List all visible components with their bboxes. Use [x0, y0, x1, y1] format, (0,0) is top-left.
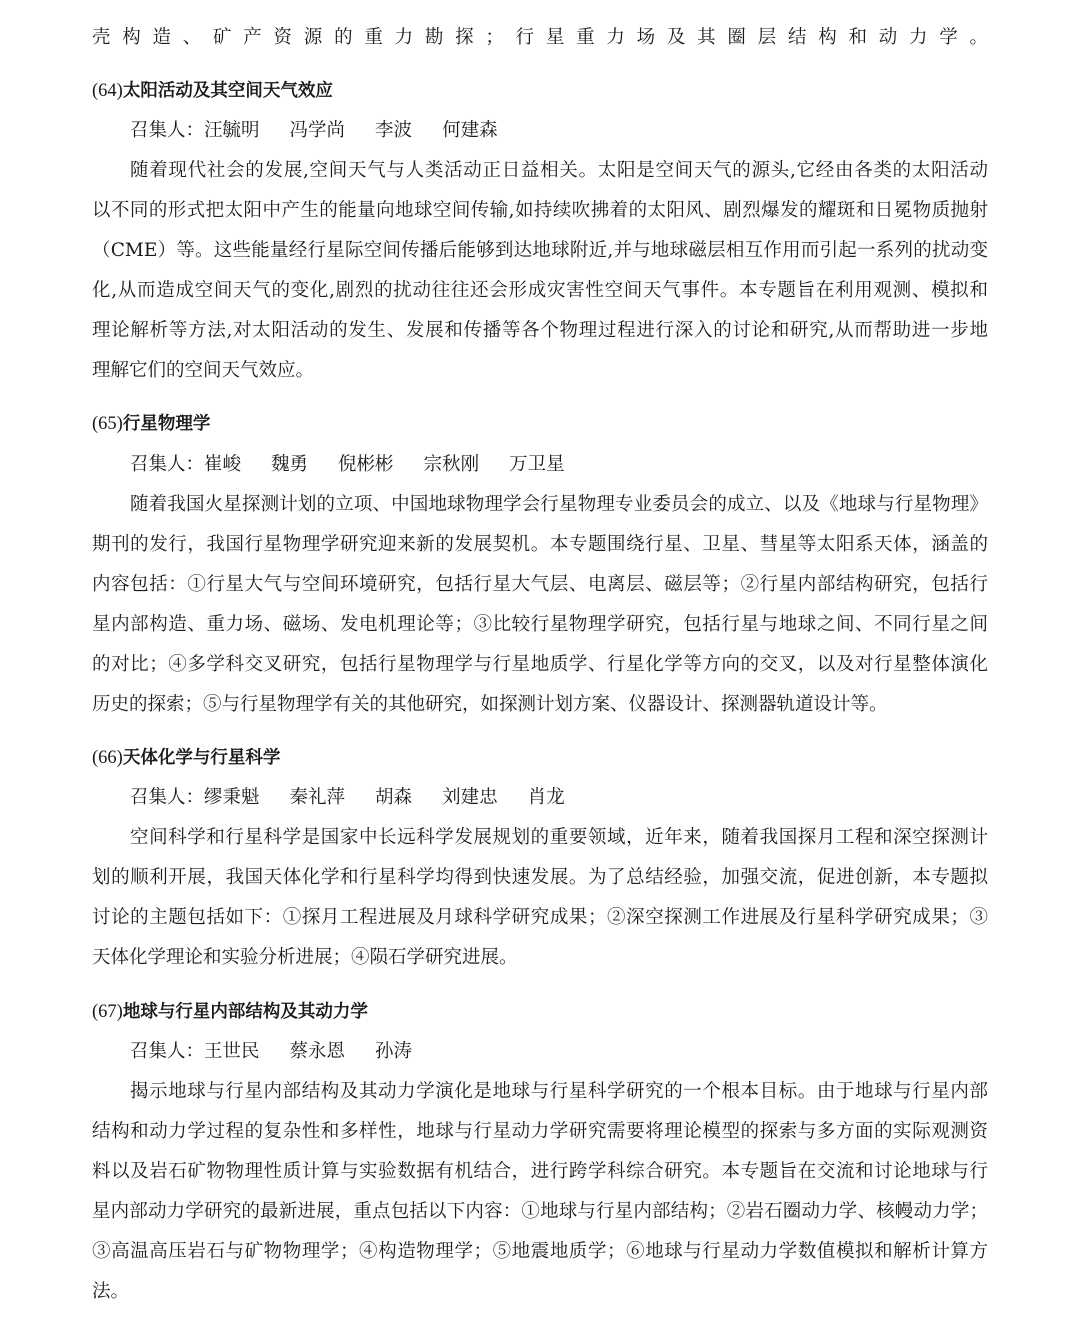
convener-name: 李波 [375, 111, 412, 151]
convener-name: 秦礼萍 [290, 778, 346, 818]
paragraph-line: 结构和动力学过程的复杂性和多样性，地球与行星动力学研究需要将理论模型的探索与多方… [92, 1112, 988, 1152]
convener-name: 王世民 [204, 1032, 260, 1072]
paragraph-line: 的对比；④多学科交叉研究，包括行星物理学与行星地质学、行星化学等方向的交叉，以及… [92, 645, 988, 685]
convener-label: 召集人： [130, 787, 204, 808]
convener-name: 孙涛 [375, 1032, 412, 1072]
convener-name: 肖龙 [528, 778, 565, 818]
section-title: 行星物理学 [123, 414, 211, 434]
paragraph-line: 内容包括：①行星大气与空间环境研究，包括行星大气层、电离层、磁层等；②行星内部结… [92, 565, 988, 605]
paragraph-line: 以不同的形式把太阳中产生的能量向地球空间传输,如持续吹拂着的太阳风、剧烈爆发的耀… [92, 191, 988, 231]
convener-label: 召集人： [130, 1041, 204, 1062]
convener-name: 缪秉魁 [204, 778, 260, 818]
section-heading-64: (64)太阳活动及其空间天气效应 [92, 71, 333, 111]
paragraph-line: 壳构造、矿产资源的重力勘探；行星重力场及其圈层结构和动力学。 [92, 18, 988, 58]
convener-name: 汪毓明 [204, 111, 260, 151]
paragraph-line: 化,从而造成空间天气的变化,剧烈的扰动往往还会形成灾害性空间天气事件。本专题旨在… [92, 271, 988, 311]
paragraph-line: ③高温高压岩石与矿物物理学；④构造物理学；⑤地震地质学；⑥地球与行星动力学数值模… [92, 1232, 988, 1272]
paragraph-line: 星内部构造、重力场、磁场、发电机理论等；③比较行星物理学研究，包括行星与地球之间… [92, 605, 988, 645]
paragraph-line: 讨论的主题包括如下：①探月工程进展及月球科学研究成果；②深空探测工作进展及行星科… [92, 898, 988, 938]
section-heading-66: (66)天体化学与行星科学 [92, 738, 280, 778]
convener-name: 何建森 [442, 111, 498, 151]
section-number: (64) [92, 81, 123, 101]
conveners-65: 召集人：崔峻魏勇倪彬彬宗秋刚万卫星 [130, 445, 595, 485]
section-title: 太阳活动及其空间天气效应 [123, 81, 333, 101]
paragraph-line: （CME）等。这些能量经行星际空间传播后能够到达地球附近,并与地球磁层相互作用而… [92, 231, 988, 271]
paragraph-line: 期刊的发行，我国行星物理学研究迎来新的发展契机。本专题围绕行星、卫星、彗星等太阳… [92, 525, 988, 565]
paragraph-line: 揭示地球与行星内部结构及其动力学演化是地球与行星科学研究的一个根本目标。由于地球… [92, 1072, 988, 1112]
conveners-67: 召集人：王世民蔡永恩孙涛 [130, 1032, 442, 1072]
convener-name: 蔡永恩 [290, 1032, 346, 1072]
section-number: (65) [92, 414, 123, 434]
conveners-64: 召集人：汪毓明冯学尚李波何建森 [130, 111, 528, 151]
convener-name: 魏勇 [271, 445, 308, 485]
convener-name: 胡森 [375, 778, 412, 818]
conveners-66: 召集人：缪秉魁秦礼萍胡森刘建忠肖龙 [130, 778, 595, 818]
section-heading-67: (67)地球与行星内部结构及其动力学 [92, 992, 368, 1032]
convener-name: 宗秋刚 [424, 445, 480, 485]
section-number: (67) [92, 1002, 123, 1022]
section-title: 地球与行星内部结构及其动力学 [123, 1002, 368, 1022]
paragraph-line: 天体化学理论和实验分析进展；④陨石学研究进展。 [92, 938, 518, 978]
convener-label: 召集人： [130, 454, 204, 475]
paragraph-line: 星内部动力学研究的最新进展，重点包括以下内容：①地球与行星内部结构；②岩石圈动力… [92, 1192, 988, 1232]
section-number: (66) [92, 748, 123, 768]
convener-name: 冯学尚 [290, 111, 346, 151]
section-heading-65: (65)行星物理学 [92, 404, 210, 444]
paragraph-line: 随着我国火星探测计划的立项、中国地球物理学会行星物理专业委员会的成立、以及《地球… [92, 485, 988, 525]
convener-name: 倪彬彬 [338, 445, 394, 485]
paragraph-line: 历史的探索；⑤与行星物理学有关的其他研究，如探测计划方案、仪器设计、探测器轨道设… [92, 685, 888, 725]
paragraph-line: 理论解析等方法,对太阳活动的发生、发展和传播等各个物理过程进行深入的讨论和研究,… [92, 311, 988, 351]
paragraph-line: 划的顺利开展，我国天体化学和行星科学均得到快速发展。为了总结经验，加强交流，促进… [92, 858, 988, 898]
convener-name: 崔峻 [204, 445, 241, 485]
paragraph-line: 理解它们的空间天气效应。 [92, 351, 314, 391]
paragraph-line: 法。 [92, 1272, 129, 1312]
paragraph-line: 料以及岩石矿物物理性质计算与实验数据有机结合，进行跨学科综合研究。本专题旨在交流… [92, 1152, 988, 1192]
convener-name: 万卫星 [509, 445, 565, 485]
section-title: 天体化学与行星科学 [123, 748, 281, 768]
convener-label: 召集人： [130, 120, 204, 141]
convener-name: 刘建忠 [442, 778, 498, 818]
paragraph-line: 随着现代社会的发展,空间天气与人类活动正日益相关。太阳是空间天气的源头,它经由各… [92, 151, 988, 191]
paragraph-line: 空间科学和行星科学是国家中长远科学发展规划的重要领域，近年来，随着我国探月工程和… [92, 818, 988, 858]
